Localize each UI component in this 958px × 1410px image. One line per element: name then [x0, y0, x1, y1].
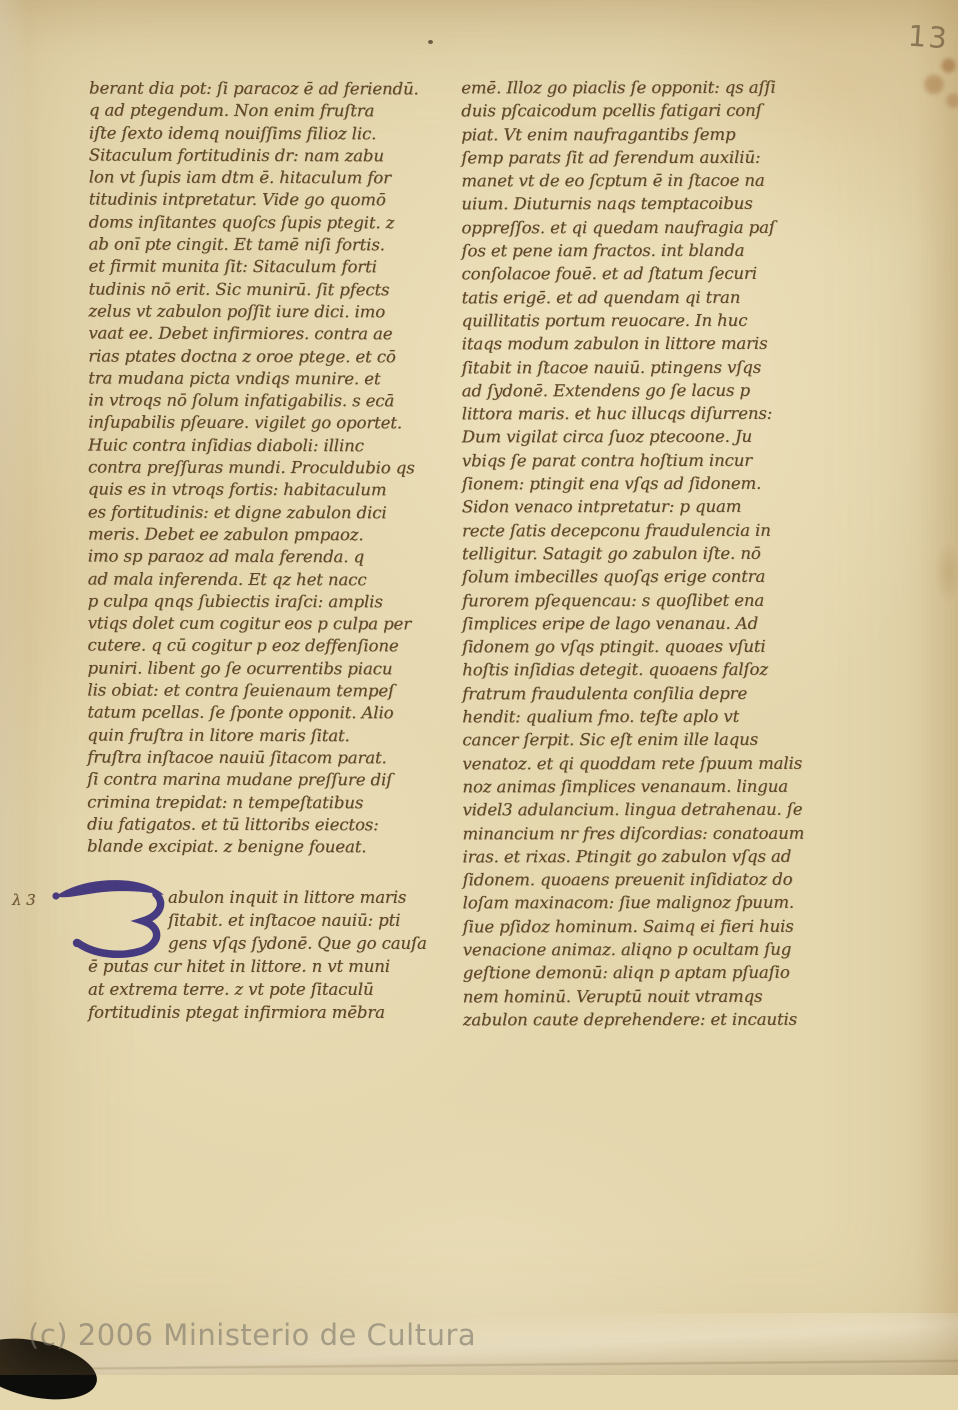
manuscript-line: duis pſcaicodum pcellis fatigari conſ: [461, 99, 859, 123]
manuscript-line: minancium nr fres diſcordias: conatoaum: [462, 821, 860, 845]
illuminated-initial-z-icon: [50, 872, 172, 962]
manuscript-line: ſidonem go vſqs ptingit. quoaes vſuti: [462, 635, 860, 659]
manuscript-line: littora maris. et huc illucqs diſurrens:: [462, 402, 860, 426]
manuscript-line: venatoz. et qi quoddam rete ſpuum malis: [462, 751, 860, 775]
manuscript-line: berant dia pot: ſi paracoz ē ad feriendū…: [89, 78, 455, 101]
manuscript-line: q ad ptegendum. Non enim fruſtra: [89, 100, 455, 123]
manuscript-line: oppreſſos. et qi quedam naufragia paſ: [461, 215, 859, 239]
manuscript-line: loſam maxinacom: ſiue malignoz ſpuum.: [463, 891, 861, 915]
manuscript-line: ſemp parats ſit ad ferendum auxiliū:: [461, 146, 859, 170]
manuscript-line: conſolacoe fouē. et ad ſtatum ſecuri: [461, 262, 859, 286]
manuscript-line: venacione animaz. aliqno p ocultam ſug: [463, 938, 861, 962]
manuscript-line: iras. et rixas. Ptingit go zabulon vſqs …: [463, 844, 861, 868]
manuscript-line: ſitabit. et inſtacoe nauiū: pti: [168, 909, 458, 932]
manuscript-line: ſiue pſidoz hominum. Saimq ei fieri huis: [463, 914, 861, 938]
right-text-column: emē. Illoz go piaclis ſe opponit: qs aſſ…: [461, 76, 861, 1032]
manuscript-line: ſitabit in ſtacoe nauiū. ptingens vſqs: [462, 355, 860, 379]
manuscript-line: ſi contra marina mudane preſſure diſ: [87, 769, 453, 792]
manuscript-line: titudinis intpretatur. Vide go quomō: [89, 189, 455, 212]
manuscript-line: fortitudinis ptegat infirmiora mēbra: [88, 1001, 458, 1024]
manuscript-line: ſionem: ptingit ena vſqs ad ſidonem.: [462, 472, 860, 496]
manuscript-line: meris. Debet ee zabulon pmpaoz.: [88, 523, 454, 546]
manuscript-line: Dum vigilat circa ſuoz ptecoone. Ju: [462, 425, 860, 449]
manuscript-line: p culpa qnqs ſubiectis iraſci: amplis: [88, 590, 454, 613]
manuscript-line: quillitatis portum reuocare. In huc: [462, 309, 860, 333]
manuscript-line: tatis erigē. et ad quendam qi tran: [462, 285, 860, 309]
manuscript-line: es fortitudinis: et digne zabulon dici: [88, 501, 454, 524]
margin-note: λ 3: [12, 891, 36, 909]
manuscript-line: hendit: qualium fmo. teſte aplo vt: [462, 705, 860, 729]
manuscript-line: lis obiat: et contra ſeuienaum tempeſ: [87, 680, 453, 703]
manuscript-line: piat. Vt enim naufragantibs ſemp: [461, 122, 859, 146]
stain-right-edge: [934, 540, 958, 604]
manuscript-line: gens vſqs ſydonē. Que go cauſa: [168, 932, 458, 955]
manuscript-line: quis es in vtroqs fortis: habitaculum: [88, 479, 454, 502]
manuscript-line: uium. Diuturnis naqs temptacoibus: [461, 192, 859, 216]
manuscript-line: rias ptates doctna z oroe ptege. et cō: [88, 345, 454, 368]
manuscript-line: abulon inquit in littore maris: [168, 886, 458, 909]
manuscript-line: contra preſſuras mundi. Proculdubio qs: [88, 457, 454, 480]
manuscript-line: vbiqs ſe parat contra hoſtium incur: [462, 448, 860, 472]
copyright-watermark: (c) 2006 Ministerio de Cultura: [28, 1318, 476, 1352]
manuscript-line: blande excipiat. z benigne foueat.: [87, 836, 453, 859]
manuscript-line: ē putas cur hitet in littore. n vt muni: [88, 955, 458, 978]
manuscript-line: fruſtra inſtacoe nauiū ſitacom parat.: [87, 746, 453, 769]
manuscript-line: in vtroqs nō ſolum infatigabilis. s ecā: [88, 390, 454, 413]
manuscript-line: iſte ſexto idemq nouiſſims filioz lic.: [89, 122, 455, 145]
manuscript-line: recte ſatis decepconu fraudulencia in: [462, 518, 860, 542]
manuscript-line: itaqs modum zabulon in littore maris: [462, 332, 860, 356]
manuscript-line: Sitaculum fortitudinis dr: nam zabu: [89, 144, 455, 167]
second-paragraph-indented: abulon inquit in littore marisſitabit. e…: [168, 886, 458, 955]
manuscript-line: zelus vt zabulon poſſit iure dici. imo: [88, 300, 454, 323]
manuscript-line: tra mudana picta vndiqs munire. et: [88, 367, 454, 390]
manuscript-line: inſupabilis pſeuare. vigilet go oportet.: [88, 412, 454, 435]
manuscript-line: ad ſydonē. Extendens go ſe lacus p: [462, 379, 860, 403]
manuscript-line: imo sp paraoz ad mala ferenda. q: [88, 546, 454, 569]
manuscript-line: ſolum imbecilles quoſqs erige contra: [462, 565, 860, 589]
manuscript-line: crimina trepidat: n tempeſtatibus: [87, 791, 453, 814]
manuscript-line: quin fruſtra in litore maris ſitat.: [87, 724, 453, 747]
manuscript-line: Sidon venaco intpretatur: p quam: [462, 495, 860, 519]
stain-top-right: [908, 46, 958, 116]
manuscript-line: cancer ſerpit. Sic eſt enim ille laqus: [462, 728, 860, 752]
manuscript-page: 13 berant dia pot: ſi paracoz ē ad ferie…: [0, 0, 958, 1375]
manuscript-line: diu fatigatos. et tū littoribs eiectos:: [87, 813, 453, 836]
manuscript-line: ſidonem. quoaens preuenit inſidiatoz do: [463, 868, 861, 892]
manuscript-line: emē. Illoz go piaclis ſe opponit: qs aſſ…: [461, 76, 859, 100]
manuscript-line: at extrema terre. z vt pote ſitaculū: [88, 978, 458, 1001]
manuscript-line: fratrum fraudulenta conſilia depre: [462, 681, 860, 705]
manuscript-line: doms inſitantes quoſcs ſupis ptegit. z: [89, 211, 455, 234]
manuscript-line: tudinis nō erit. Sic munirū. ſit pfects: [88, 278, 454, 301]
manuscript-line: geſtione demonū: aliqn p aptam pſuaſio: [463, 961, 861, 985]
manuscript-line: lon vt ſupis iam dtm ē. hitaculum for: [89, 167, 455, 190]
second-paragraph-full: ē putas cur hitet in littore. n vt munia…: [88, 955, 458, 1024]
manuscript-line: ad mala inferenda. Et qz het nacc: [88, 568, 454, 591]
manuscript-line: furorem pſequencau: s quoſlibet ena: [462, 588, 860, 612]
manuscript-line: vaat ee. Debet infirmiores. contra ae: [88, 323, 454, 346]
manuscript-line: noz animas ſimplices venanaum. lingua: [462, 775, 860, 799]
manuscript-line: Huic contra inſidias diaboli: illinc: [88, 434, 454, 457]
manuscript-line: telligitur. Satagit go zabulon iſte. nō: [462, 542, 860, 566]
manuscript-line: hoſtis inſidias detegit. quoaens falſoz: [462, 658, 860, 682]
manuscript-line: tatum pcellas. ſe ſponte opponit. Alio: [87, 702, 453, 725]
manuscript-line: ſos et pene iam fractos. int blanda: [461, 239, 859, 263]
manuscript-line: puniri. libent go ſe ocurrentibs piacu: [87, 657, 453, 680]
manuscript-line: videl3 adulancium. lingua detrahenau. ſe: [462, 798, 860, 822]
manuscript-line: et firmit munita ſit: Sitaculum forti: [88, 256, 454, 279]
manuscript-line: cutere. q cū cogitur p eoz deffenſione: [88, 635, 454, 658]
manuscript-line: ſimplices eripe de lago venanau. Ad: [462, 611, 860, 635]
left-text-column: berant dia pot: ſi paracoz ē ad feriendū…: [87, 78, 455, 859]
manuscript-line: nem hominū. Veruptū nouit vtramqs: [463, 984, 861, 1008]
manuscript-line: manet vt de eo ſcptum ē in ſtacoe na: [461, 169, 859, 193]
manuscript-line: vtiqs dolet cum cogitur eos p culpa per: [88, 613, 454, 636]
manuscript-line: zabulon caute deprehendere: et incautis: [463, 1008, 861, 1032]
ink-speck: [428, 40, 433, 44]
manuscript-line: ab onī pte cingit. Et tamē niſi fortis.: [89, 234, 455, 257]
